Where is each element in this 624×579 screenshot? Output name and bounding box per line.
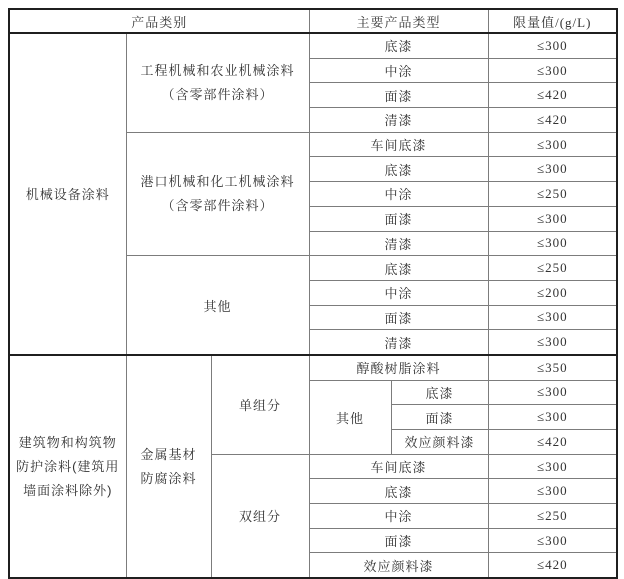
component-cell-single: 单组分 — [211, 355, 309, 454]
limit-value-cell: ≤420 — [488, 83, 617, 108]
group-cell-single-other: 其他 — [309, 380, 391, 454]
limit-value-cell: ≤300 — [488, 231, 617, 256]
table-row: 机械设备涂料 工程机械和农业机械涂料 （含零部件涂料） 底漆 ≤300 — [9, 33, 617, 58]
limit-value-cell: ≤300 — [488, 454, 617, 479]
limit-value-cell: ≤250 — [488, 504, 617, 529]
product-type-cell: 面漆 — [309, 305, 488, 330]
limit-value-cell: ≤300 — [488, 33, 617, 58]
voc-limit-table: 产品类别 主要产品类型 限量值/(g/L) 机械设备涂料 工程机械和农业机械涂料… — [8, 8, 618, 579]
product-type-cell: 底漆 — [309, 157, 488, 182]
product-type-cell: 底漆 — [309, 256, 488, 281]
category-cell-building: 建筑物和构筑物 防护涂料(建筑用 墙面涂料除外) — [9, 355, 126, 578]
product-type-cell: 醇酸树脂涂料 — [309, 355, 488, 380]
limit-value-cell: ≤300 — [488, 380, 617, 405]
product-type-cell: 底漆 — [391, 380, 488, 405]
limit-value-cell: ≤420 — [488, 553, 617, 578]
limit-value-cell: ≤420 — [488, 430, 617, 455]
subcategory-cell-metal-anticorrosive: 金属基材 防腐涂料 — [126, 355, 211, 578]
limit-value-cell: ≤300 — [488, 330, 617, 355]
product-type-cell: 中涂 — [309, 58, 488, 83]
limit-value-cell: ≤300 — [488, 479, 617, 504]
product-type-cell: 面漆 — [309, 528, 488, 553]
product-type-cell: 效应颜料漆 — [391, 430, 488, 455]
limit-value-cell: ≤300 — [488, 528, 617, 553]
table-row: 建筑物和构筑物 防护涂料(建筑用 墙面涂料除外) 金属基材 防腐涂料 单组分 醇… — [9, 355, 617, 380]
product-type-cell: 中涂 — [309, 182, 488, 207]
product-type-cell: 清漆 — [309, 231, 488, 256]
limit-value-cell: ≤350 — [488, 355, 617, 380]
limit-value-cell: ≤300 — [488, 305, 617, 330]
group-cell-machinery-other: 其他 — [126, 256, 309, 355]
header-product-category: 产品类别 — [9, 9, 309, 33]
limit-value-cell: ≤200 — [488, 280, 617, 305]
product-type-cell: 车间底漆 — [309, 454, 488, 479]
limit-value-cell: ≤250 — [488, 182, 617, 207]
component-cell-two: 双组分 — [211, 454, 309, 578]
product-type-cell: 面漆 — [391, 405, 488, 430]
document-page: 产品类别 主要产品类型 限量值/(g/L) 机械设备涂料 工程机械和农业机械涂料… — [8, 8, 618, 579]
product-type-cell: 清漆 — [309, 330, 488, 355]
limit-value-cell: ≤300 — [488, 132, 617, 157]
product-type-cell: 面漆 — [309, 83, 488, 108]
product-type-cell: 中涂 — [309, 280, 488, 305]
limit-value-cell: ≤300 — [488, 157, 617, 182]
limit-value-cell: ≤250 — [488, 256, 617, 281]
group-cell-engineering-agricultural: 工程机械和农业机械涂料 （含零部件涂料） — [126, 33, 309, 132]
product-type-cell: 底漆 — [309, 479, 488, 504]
header-row: 产品类别 主要产品类型 限量值/(g/L) — [9, 9, 617, 33]
limit-value-cell: ≤420 — [488, 108, 617, 133]
limit-value-cell: ≤300 — [488, 58, 617, 83]
limit-value-cell: ≤300 — [488, 206, 617, 231]
product-type-cell: 面漆 — [309, 206, 488, 231]
product-type-cell: 车间底漆 — [309, 132, 488, 157]
category-cell-machinery: 机械设备涂料 — [9, 33, 126, 355]
group-cell-port-chemical: 港口机械和化工机械涂料 （含零部件涂料） — [126, 132, 309, 255]
product-type-cell: 清漆 — [309, 108, 488, 133]
header-limit-value: 限量值/(g/L) — [488, 9, 617, 33]
product-type-cell: 中涂 — [309, 504, 488, 529]
product-type-cell: 效应颜料漆 — [309, 553, 488, 578]
limit-value-cell: ≤300 — [488, 405, 617, 430]
product-type-cell: 底漆 — [309, 33, 488, 58]
header-main-product-type: 主要产品类型 — [309, 9, 488, 33]
